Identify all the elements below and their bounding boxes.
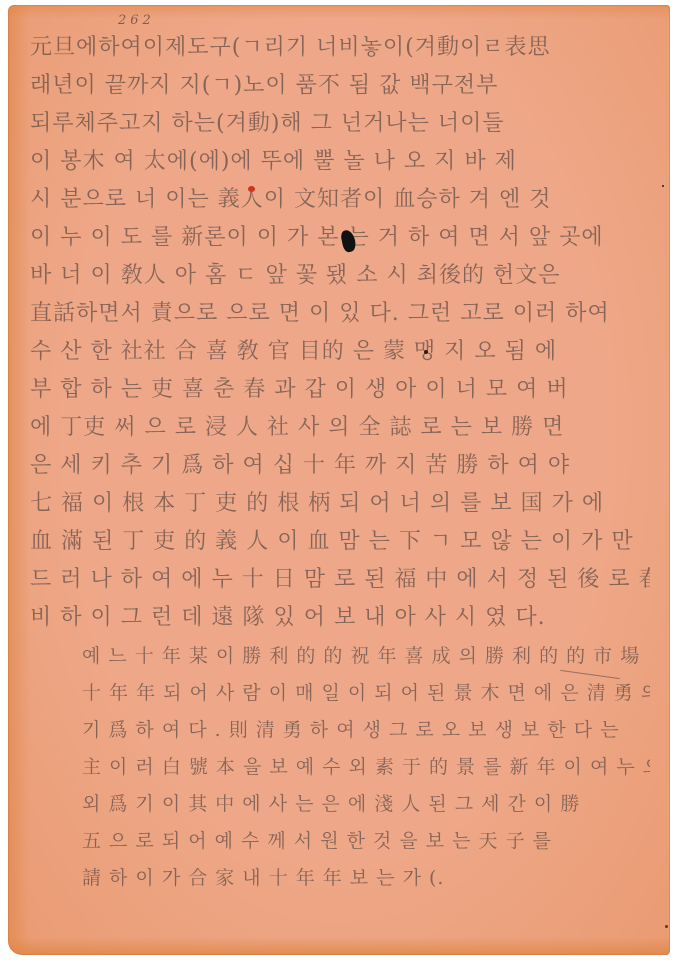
manuscript-page: 262 元旦에하여이제도구(ㄱ리기 너비놓이(겨動이ㄹ表思 래년이 끝까지 지(… [8, 5, 670, 955]
stain-mark [665, 925, 668, 928]
text-line-5: 시 분으로 너 이는 義人이 文知者이 血승하 겨 엔 것 [30, 185, 650, 223]
text-line-14: 血 滿 된 丁 吏 的 義 人 이 血 맘 는 下 ㄱ 모 않 는 이 가 만 [30, 527, 650, 565]
text-line-10: 부 합 하 는 吏 喜 춘 春 과 갑 이 생 아 이 너 모 여 버 [30, 375, 650, 413]
pencil-dot-mark [424, 350, 428, 354]
text-line-1: 元旦에하여이제도구(ㄱ리기 너비놓이(겨動이ㄹ表思 [30, 33, 650, 71]
red-spot-mark [248, 186, 255, 192]
text-line-18: 十 年 年 되 어 사 람 이 매 일 이 되 어 된 景 木 면 에 은 清 … [30, 678, 650, 715]
text-line-20: 主 이 러 白 號 本 을 보 예 수 외 素 于 的 景 를 新 年 이 여 … [30, 752, 650, 789]
text-line-7: 바 너 이 敎人 아 홈 ㄷ 앞 꽃 됐 소 시 최後的 헌文은 [30, 261, 650, 299]
text-line-21: 외 爲 기 이 其 中 에 사 는 은 에 淺 人 된 그 세 간 이 勝 [30, 789, 650, 826]
text-line-3: 되루체주고지 하는(겨動)해 그 넌거나는 너이들 [30, 109, 650, 147]
text-line-19: 기 爲 하 여 다 . 則 清 勇 하 여 생 그 로 오 보 생 보 한 다 … [30, 715, 650, 752]
text-line-22: 五 으 로 되 어 예 수 께 서 원 한 것 을 보 는 天 子 를 [30, 826, 650, 863]
text-line-4: 이 봉木 여 太에(에)에 뚜에 뿔 놀 나 오 지 바 제 [30, 147, 650, 185]
text-line-12: 은 세 키 추 기 爲 하 여 십 十 年 까 지 苦 勝 하 여 야 [30, 451, 650, 489]
handwritten-text-block: 元旦에하여이제도구(ㄱ리기 너비놓이(겨動이ㄹ表思 래년이 끝까지 지(ㄱ)노이… [30, 33, 650, 900]
text-line-17: 예 느 十 年 某 이 勝 利 的 的 祝 年 喜 成 의 勝 利 的 的 市 … [30, 641, 650, 678]
text-line-6: 이 누 이 도 를 新론이 이 가 본 는 거 하 여 면 서 앞 곳에 [30, 223, 650, 261]
text-line-11: 에 丁吏 써 으 로 浸 人 社 사 의 全 誌 로 는 보 勝 면 [30, 413, 650, 451]
speck-mark [662, 185, 664, 187]
text-line-15: 드 러 나 하 여 에 누 十 日 맘 로 된 福 中 에 서 정 된 後 로 … [30, 565, 650, 603]
text-line-23: 請 하 이 가 合 家 내 十 年 年 보 는 가 (. [30, 863, 650, 900]
text-line-8: 直話하면서 責으로 으로 면 이 있 다. 그런 고로 이러 하여 [30, 299, 650, 337]
text-line-2: 래년이 끝까지 지(ㄱ)노이 품不 됨 값 백구전부 [30, 71, 650, 109]
text-line-9: 수 산 한 社社 合 喜 敎 官 目的 은 蒙 맹 지 오 됨 에 [30, 337, 650, 375]
page-number: 262 [118, 13, 155, 28]
text-line-13: 七 福 이 根 本 丁 吏 的 根 柄 되 어 너 의 를 보 国 가 에 [30, 489, 650, 527]
text-line-16: 비 하 이 그 런 데 遠 隊 있 어 보 내 아 사 시 였 다. [30, 603, 650, 641]
